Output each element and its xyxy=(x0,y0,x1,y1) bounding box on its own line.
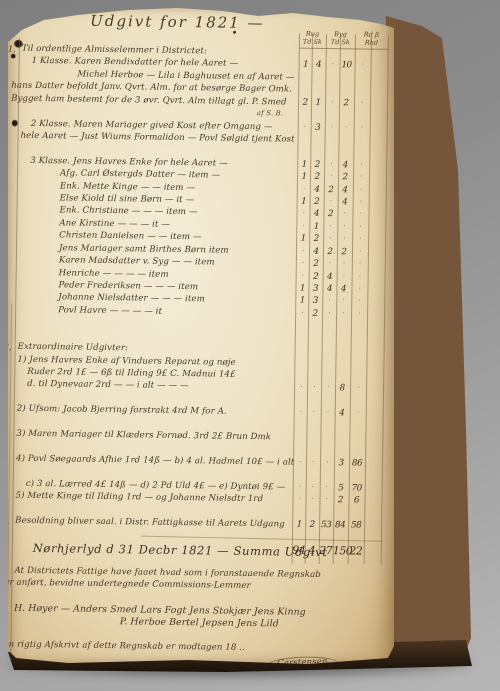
amount-cell: · xyxy=(324,160,338,168)
amount-cell: 22 xyxy=(349,544,363,557)
row-text: Afg. Carl Østergds Datter — item — xyxy=(60,169,220,181)
row-text: Enk. Mette Kinge — — item — xyxy=(60,181,195,193)
amount-cell: 2 xyxy=(310,197,324,207)
amount-cell: · xyxy=(321,383,335,391)
amount-cell: · xyxy=(295,308,309,316)
amount-cell: · xyxy=(339,123,353,131)
row-text: Peder Frederiksen — — — item xyxy=(58,280,198,292)
amount-cell: · xyxy=(355,123,369,131)
amount-cell: · xyxy=(307,408,321,416)
amount-cell: · xyxy=(293,457,307,465)
row-text: 3 Klasse. Jens Havres Enke for hele Aare… xyxy=(30,156,228,169)
amount-cell: 58 xyxy=(349,520,363,530)
amount-cell: 1 xyxy=(297,159,311,169)
amount-cell: 4 xyxy=(312,60,326,70)
amount-cell: · xyxy=(292,495,306,503)
amount-cell: · xyxy=(320,458,334,466)
amount-cell: · xyxy=(324,172,338,180)
ledger-photo: { "photo": { "background_gray": "#9a9a9a… xyxy=(0,0,500,691)
amount-cell: · xyxy=(352,284,366,292)
amount-cell: · xyxy=(306,458,320,466)
amount-cell: · xyxy=(354,173,368,181)
row-text: Ane Kirstine — — — it — xyxy=(59,218,170,230)
amount-cell: 4 xyxy=(310,184,324,194)
amount-cell: · xyxy=(355,98,369,106)
page-content: Udgivt for 1821 — Rug Td Sk Byg Td Sk Rd… xyxy=(0,4,394,671)
amount-cell: · xyxy=(323,259,337,267)
amount-cell: · xyxy=(353,272,367,280)
amount-cell: · xyxy=(337,210,351,218)
amount-cell: · xyxy=(337,259,351,267)
amount-cell: 4 xyxy=(338,160,352,170)
amount-cell: · xyxy=(336,297,350,305)
amount-cell: · xyxy=(356,61,370,69)
row-text: er anført, bevidne undertegnede Commissi… xyxy=(4,578,251,591)
row-text: Enk. Christiane — — — item — xyxy=(59,206,197,218)
row-text: Johanne Nielsdatter — — — item xyxy=(58,293,205,305)
amount-cell: 4 xyxy=(335,408,349,418)
amount-cell: · xyxy=(321,408,335,416)
amount-cell: · xyxy=(323,222,337,230)
amount-cell: 8 xyxy=(335,384,349,394)
amount-cell: · xyxy=(305,495,319,503)
row-text: c) 3 al. Lærred 4£ 14ß — d) 2 Pd Uld 4£ … xyxy=(26,479,286,493)
amount-cell: · xyxy=(337,272,351,280)
amount-cell: · xyxy=(294,408,308,416)
amount-cell: · xyxy=(294,383,308,391)
row-text: Til ordentlige Almisselemmer i Districte… xyxy=(22,44,207,57)
ledger-page: Udgivt for 1821 — Rug Td Sk Byg Td Sk Rd… xyxy=(8,4,394,666)
ledger-row: 4) Povl Søegaards Afhie 1rd 14ß — b) 4 a… xyxy=(2,453,388,471)
amount-cell: 86 xyxy=(350,458,364,468)
row-text: 5) Mette Kinge til Ilding 1rd — og Johan… xyxy=(15,491,263,504)
amount-cell: · xyxy=(298,122,312,130)
amount-cell: 2 xyxy=(310,160,324,170)
amount-cell: 2 xyxy=(324,185,338,195)
amount-cell: 2 xyxy=(323,247,337,257)
row-text: Extraordinaire Udgivter: xyxy=(18,342,129,354)
amount-cell: 2 xyxy=(308,309,322,319)
amount-cell: · xyxy=(324,197,338,205)
amount-cell: 4 xyxy=(305,544,319,557)
amount-cell: 1 xyxy=(309,222,323,232)
amount-cell: 2 xyxy=(309,271,323,281)
amount-cell: · xyxy=(306,482,320,490)
amount-cell: · xyxy=(293,482,307,490)
ledger-row: 2) Ufsom: Jacob Bjerring forstrakt 4rd M… xyxy=(3,404,389,422)
amount-cell: · xyxy=(353,210,367,218)
row-text: 4) Povl Søegaards Afhie 1rd 14ß — b) 4 a… xyxy=(16,454,294,468)
amount-cell: · xyxy=(353,222,367,230)
row-text: Besoldning bliver saal. i Distr. Fattigk… xyxy=(15,516,285,530)
amount-cell: 2 xyxy=(309,259,323,269)
row-text: Else Kiold til sine Børn — it — xyxy=(60,193,195,205)
amount-cell: 2 xyxy=(305,520,319,530)
amount-cell: · xyxy=(337,222,351,230)
amount-cell: 4 xyxy=(309,209,323,219)
ledger-row: 3,Besoldning bliver saal. i Distr. Fatti… xyxy=(1,515,387,533)
row-text: af S. B. xyxy=(257,109,283,117)
amount-cell: 3 xyxy=(308,284,322,294)
amount-cell: · xyxy=(296,222,310,230)
amount-cell: 1 xyxy=(292,520,306,530)
amount-cell: · xyxy=(322,296,336,304)
amount-cell: 1 xyxy=(295,284,309,294)
amount-cell: 1 xyxy=(311,97,325,107)
amount-cell: 3 xyxy=(308,296,322,306)
amount-cell: 2 xyxy=(338,172,352,182)
amount-cell: 5 xyxy=(334,483,348,493)
amount-cell: 4 xyxy=(336,284,350,294)
amount-cell: · xyxy=(336,309,350,317)
amount-cell: 2 xyxy=(309,234,323,244)
amount-cell: · xyxy=(351,409,365,417)
row-text: en rigtig Afskrivt af dette Regnskab er … xyxy=(3,640,245,653)
amount-cell: · xyxy=(296,246,310,254)
amount-cell: 3 xyxy=(334,458,348,468)
amount-cell: 10 xyxy=(340,61,354,71)
amount-cell: · xyxy=(354,185,368,193)
amount-cell: · xyxy=(337,234,351,242)
amount-cell: · xyxy=(296,271,310,279)
amount-cell: · xyxy=(320,483,334,491)
amount-cell: · xyxy=(326,60,340,68)
amount-cell: · xyxy=(296,209,310,217)
amount-cell: 2 xyxy=(333,495,347,505)
amount-cell: 3 xyxy=(311,122,325,132)
amount-cell: · xyxy=(297,184,311,192)
row-text: Ruder 2rd 1£ — 6ß til Ilding 9£ C. Madnu… xyxy=(27,367,235,380)
amount-cell: 70 xyxy=(350,483,364,493)
amount-cell: · xyxy=(323,234,337,242)
row-text: 1 Klasse. Karen Bendixdatter for hele Aa… xyxy=(32,56,239,69)
amount-cell: · xyxy=(322,309,336,317)
amount-cell: 2 xyxy=(310,172,324,182)
amount-cell: 4 xyxy=(338,185,352,195)
row-text: d. til Dynevaar 2rd — — i alt — — — xyxy=(27,379,189,391)
amount-cell: · xyxy=(353,235,367,243)
row-text: Karen Madsdatter v. Syg — — item xyxy=(59,255,215,267)
amount-cell: 53 xyxy=(319,520,333,530)
amount-cell: · xyxy=(353,260,367,268)
row-text: 3) Maren Mariager til Klæders Fornød. 3r… xyxy=(16,429,271,443)
row-text: Michel Herboe — Lila i Baghuuset en af A… xyxy=(77,69,294,82)
amount-cell: · xyxy=(325,98,339,106)
amount-cell: · xyxy=(352,309,366,317)
amount-cell: 2 xyxy=(323,209,337,219)
row-text: Christen Danielsen — — item — xyxy=(59,231,202,243)
amount-cell: 2 xyxy=(339,98,353,108)
amount-cell: 27 xyxy=(319,544,333,557)
summa-rule xyxy=(141,536,383,542)
page-title: Udgivt for 1821 — xyxy=(90,12,265,32)
amount-cell: 2 xyxy=(337,247,351,257)
row-text: P. Herboe Bertel Jepsen Jens Lild xyxy=(120,617,279,630)
row-text: Henriche — — — — item xyxy=(59,268,169,280)
amount-cell: 150 xyxy=(333,544,347,557)
amount-cell: · xyxy=(352,297,366,305)
margin-marker: 1, xyxy=(8,45,19,55)
row-text: 1) Jens Havres Enke af Vinduers Reparat … xyxy=(17,354,235,367)
amount-cell: · xyxy=(307,383,321,391)
amount-cell: · xyxy=(351,384,365,392)
amount-cell: · xyxy=(296,259,310,267)
amount-cell: 6 xyxy=(349,496,363,506)
row-text: Povl Havre — — — — it xyxy=(58,305,162,316)
row-text: 2) Ufsom: Jacob Bjerring forstrakt 4rd M… xyxy=(17,404,227,417)
ledger-row: 3) Maren Mariager til Klæders Fornød. 3r… xyxy=(2,429,388,447)
amount-cell: 84 xyxy=(333,520,347,530)
amount-cell: · xyxy=(354,197,368,205)
amount-cell: · xyxy=(319,495,333,503)
amount-cell: 4 xyxy=(309,247,323,257)
amount-cell: 4 xyxy=(323,272,337,282)
row-text: Nørhjerlyd d 31 Decbr 1821 — Summa Udgiv… xyxy=(33,541,328,559)
amount-cell: · xyxy=(325,123,339,131)
row-text: 2 Klasse. Maren Mariager gived Kost efte… xyxy=(31,118,273,131)
amount-cell: · xyxy=(353,247,367,255)
amount-cell: 4 xyxy=(322,284,336,294)
ledger-row: Nørhjerlyd d 31 Decbr 1821 — Summa Udgiv… xyxy=(1,540,387,558)
row-text: Jens Mariager samt Birthes Børn item xyxy=(59,243,229,255)
amount-cell: · xyxy=(354,160,368,168)
amount-cell: 4 xyxy=(338,197,352,207)
